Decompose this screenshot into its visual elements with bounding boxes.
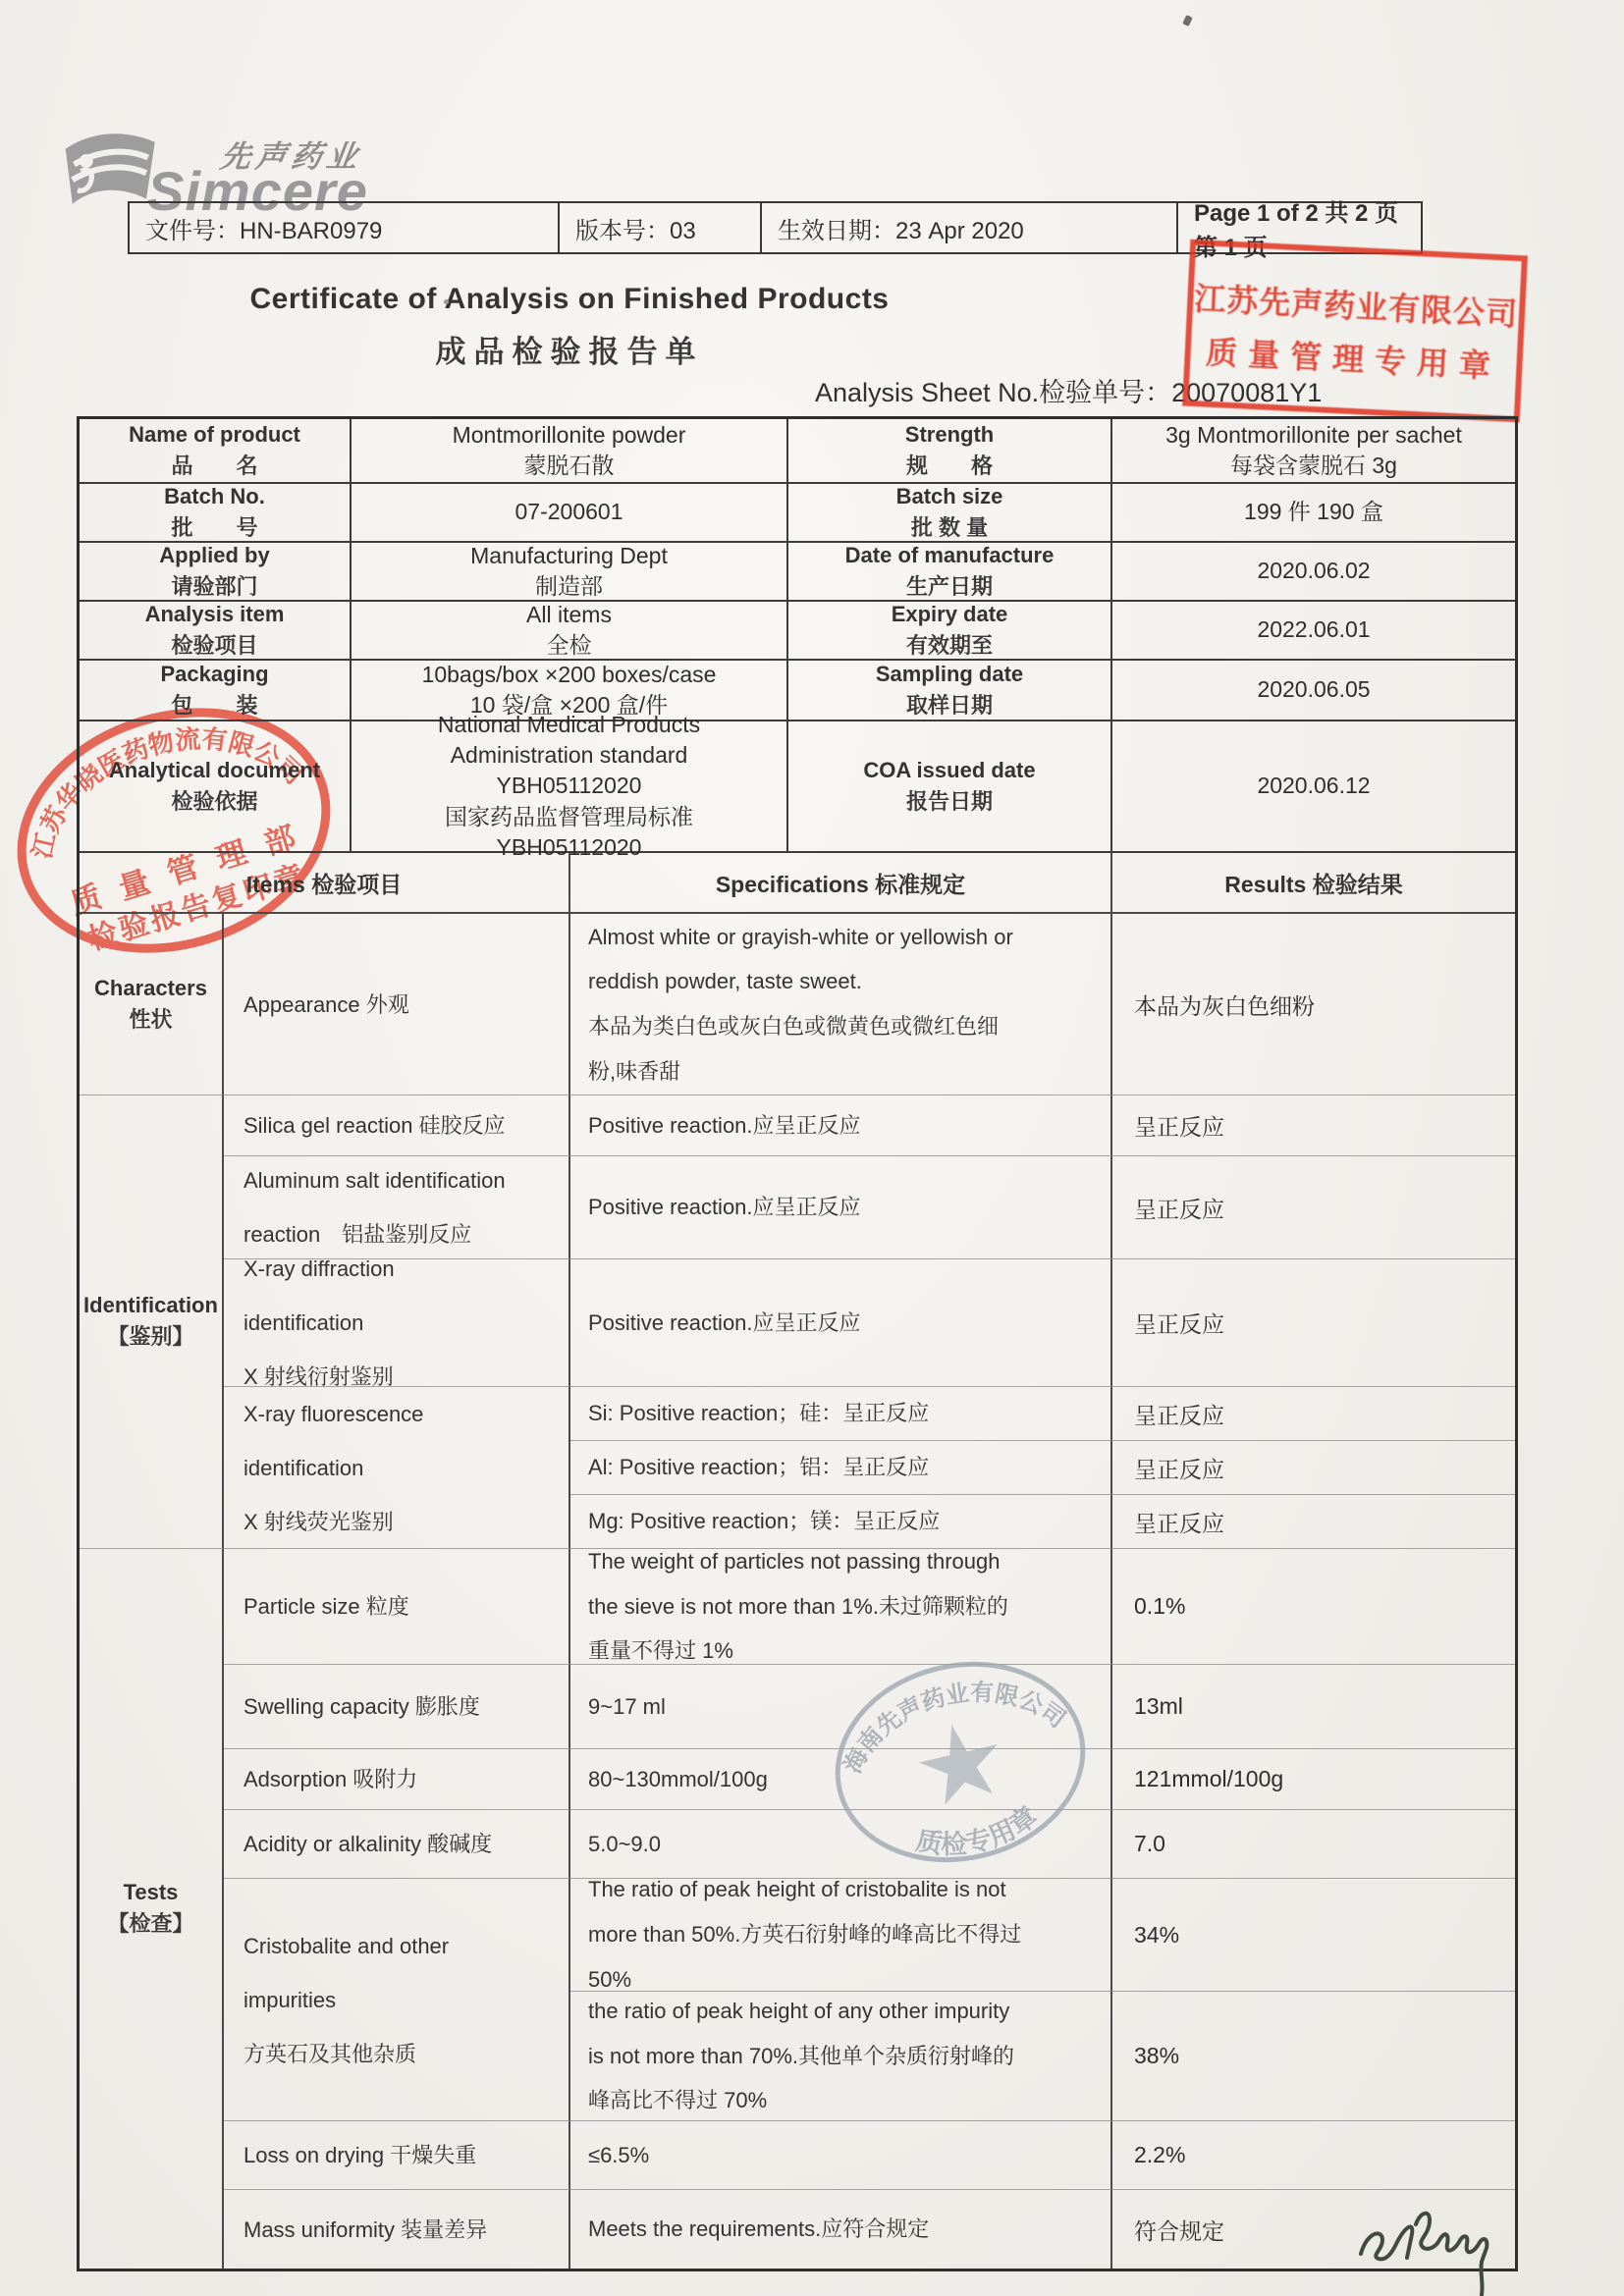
label-applied-by: Applied by请验部门 xyxy=(80,543,352,602)
value-batch-size: 199 件 190 盒 xyxy=(1112,484,1515,543)
result-loss-on-drying: 2.2% xyxy=(1112,2121,1515,2190)
label-analytical-document: Analytical document检验依据 xyxy=(80,721,352,851)
label-batch-size: Batch size批 数 量 xyxy=(788,484,1112,543)
value-applied-by: Manufacturing Dept制造部 xyxy=(352,543,788,602)
spec-cristobalite-1: The ratio of peak height of cristobalite… xyxy=(570,1879,1112,1992)
result-cristobalite-1: 34% xyxy=(1112,1879,1515,1992)
spec-aluminum-salt: Positive reaction.应呈正反应 xyxy=(570,1156,1112,1259)
value-analysis-item: All items全检 xyxy=(352,602,788,661)
spec-xrf-si: Si: Positive reaction；硅：呈正反应 xyxy=(570,1387,1112,1441)
category-characters: Characters性状 xyxy=(80,914,224,1095)
item-particle-size: Particle size 粒度 xyxy=(224,1549,570,1665)
document-title-cn: 成品检验报告单 xyxy=(0,327,1139,371)
item-xray-fluorescence: X-ray fluorescenceidentificationX 射线荧光鉴别 xyxy=(224,1387,570,1549)
value-date-of-manufacture: 2020.06.02 xyxy=(1112,543,1515,602)
category-tests: Tests【检查】 xyxy=(80,1549,224,2269)
item-xray-diffraction: X-ray diffractionidentificationX 射线衍射鉴别 xyxy=(224,1259,570,1387)
header-items: Items 检验项目 xyxy=(80,853,570,914)
spec-swelling-capacity: 9~17 ml xyxy=(570,1665,1112,1749)
result-silica-gel: 呈正反应 xyxy=(1112,1095,1515,1156)
item-acidity: Acidity or alkalinity 酸碱度 xyxy=(224,1810,570,1879)
test-results-table: Items 检验项目 Specifications 标准规定 Results 检… xyxy=(80,853,1515,2269)
category-identification: Identification【鉴别】 xyxy=(80,1095,224,1549)
spec-adsorption: 80~130mmol/100g xyxy=(570,1749,1112,1810)
label-expiry-date: Expiry date有效期至 xyxy=(788,602,1112,661)
result-xrf-al: 呈正反应 xyxy=(1112,1441,1515,1495)
value-sampling-date: 2020.06.05 xyxy=(1112,661,1515,721)
item-silica-gel: Silica gel reaction 硅胶反应 xyxy=(224,1095,570,1156)
coa-scan-page: 先声药业 Simcere 文件号：HN-BAR0979 版本号：03 生效日期：… xyxy=(0,0,1624,2296)
label-packaging: Packaging包 装 xyxy=(80,661,352,721)
label-coa-issued-date: COA issued date报告日期 xyxy=(788,721,1112,851)
value-product-name: Montmorillonite powder蒙脱石散 xyxy=(352,419,788,484)
spec-appearance: Almost white or grayish-white or yellowi… xyxy=(570,914,1112,1095)
item-adsorption: Adsorption 吸附力 xyxy=(224,1749,570,1810)
version-number: 版本号：03 xyxy=(560,203,762,252)
result-particle-size: 0.1% xyxy=(1112,1549,1515,1665)
stamp-purpose: 质量管理专用章 xyxy=(1205,328,1502,388)
label-date-of-manufacture: Date of manufacture生产日期 xyxy=(788,543,1112,602)
item-mass-uniformity: Mass uniformity 装量差异 xyxy=(224,2190,570,2269)
value-expiry-date: 2022.06.01 xyxy=(1112,602,1515,661)
result-cristobalite-2: 38% xyxy=(1112,1992,1515,2121)
value-analytical-document: National Medical Products Administration… xyxy=(352,721,788,851)
spec-cristobalite-2: the ratio of peak height of any other im… xyxy=(570,1992,1112,2121)
document-title-en: Certificate of Analysis on Finished Prod… xyxy=(0,283,1139,316)
red-company-stamp: 江苏先声药业有限公司 质量管理专用章 xyxy=(1182,240,1528,423)
spec-loss-on-drying: ≤6.5% xyxy=(570,2121,1112,2190)
file-number: 文件号：HN-BAR0979 xyxy=(130,203,560,252)
item-cristobalite: Cristobalite and otherimpurities方英石及其他杂质 xyxy=(224,1879,570,2121)
value-coa-issued-date: 2020.06.12 xyxy=(1112,721,1515,851)
result-xrf-mg: 呈正反应 xyxy=(1112,1495,1515,1549)
spec-silica-gel: Positive reaction.应呈正反应 xyxy=(570,1095,1112,1156)
scan-speck xyxy=(444,299,449,304)
label-analysis-item: Analysis item检验项目 xyxy=(80,602,352,661)
header-results: Results 检验结果 xyxy=(1112,853,1515,914)
item-swelling-capacity: Swelling capacity 膨胀度 xyxy=(224,1665,570,1749)
label-sampling-date: Sampling date取样日期 xyxy=(788,661,1112,721)
label-strength: Strength规 格 xyxy=(788,419,1112,484)
spec-mass-uniformity: Meets the requirements.应符合规定 xyxy=(570,2190,1112,2269)
result-xray-diffraction: 呈正反应 xyxy=(1112,1259,1515,1387)
result-swelling-capacity: 13ml xyxy=(1112,1665,1515,1749)
result-acidity: 7.0 xyxy=(1112,1810,1515,1879)
product-info-table: Name of product品 名 Montmorillonite powde… xyxy=(80,419,1515,853)
result-appearance: 本品为灰白色细粉 xyxy=(1112,914,1515,1095)
item-loss-on-drying: Loss on drying 干燥失重 xyxy=(224,2121,570,2190)
result-xrf-si: 呈正反应 xyxy=(1112,1387,1515,1441)
scan-speck xyxy=(1182,15,1193,27)
spec-xray-diffraction: Positive reaction.应呈正反应 xyxy=(570,1259,1112,1387)
coa-table: Name of product品 名 Montmorillonite powde… xyxy=(77,416,1518,2271)
handwritten-mark xyxy=(1347,2191,1543,2296)
value-batch-no: 07-200601 xyxy=(352,484,788,543)
value-strength: 3g Montmorillonite per sachet每袋含蒙脱石 3g xyxy=(1112,419,1515,484)
spec-particle-size: The weight of particles not passing thro… xyxy=(570,1549,1112,1665)
header-specifications: Specifications 标准规定 xyxy=(570,853,1112,914)
stamp-company-name: 江苏先声药业有限公司 xyxy=(1193,274,1519,335)
effective-date: 生效日期：23 Apr 2020 xyxy=(762,203,1178,252)
spec-xrf-al: Al: Positive reaction；铝：呈正反应 xyxy=(570,1441,1112,1495)
label-name-of-product: Name of product品 名 xyxy=(80,419,352,484)
label-batch-no: Batch No.批 号 xyxy=(80,484,352,543)
result-aluminum-salt: 呈正反应 xyxy=(1112,1156,1515,1259)
item-appearance: Appearance 外观 xyxy=(224,914,570,1095)
result-adsorption: 121mmol/100g xyxy=(1112,1749,1515,1810)
